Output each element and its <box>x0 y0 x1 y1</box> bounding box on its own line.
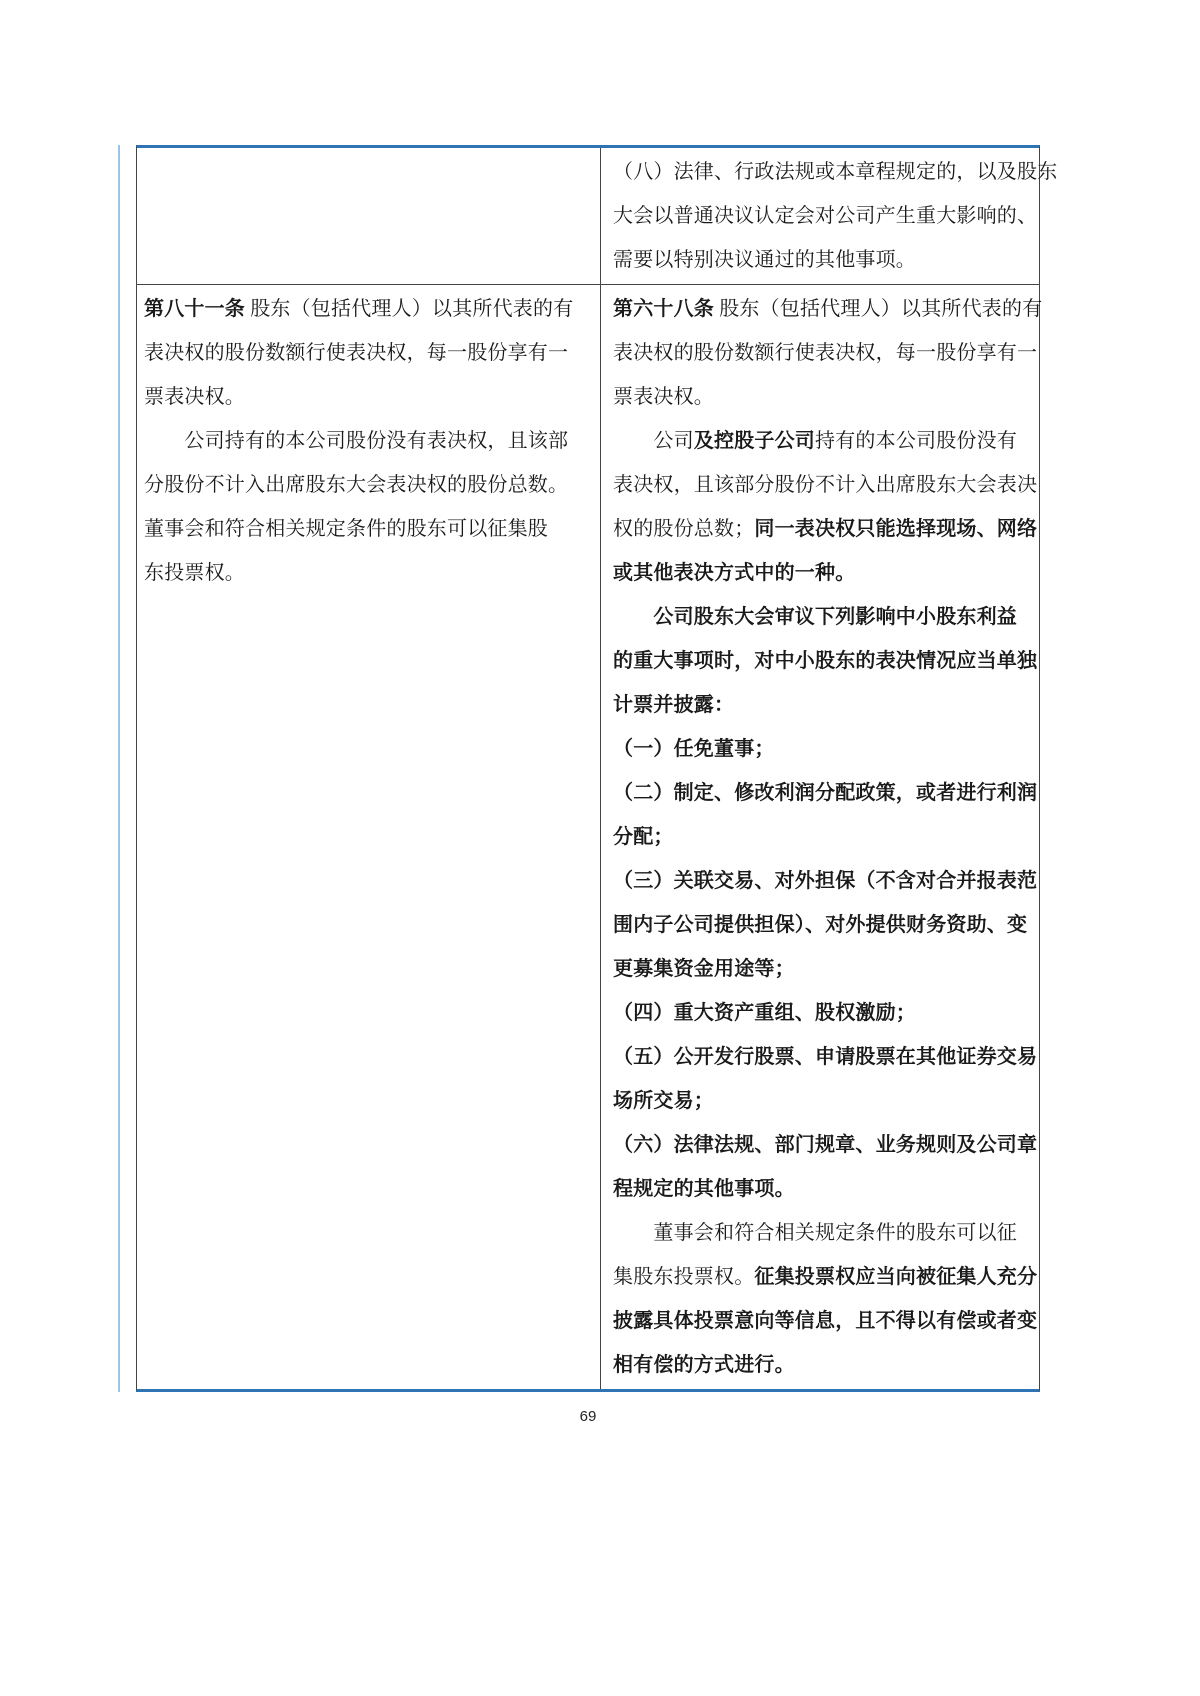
text-run: 需要以特别决议通过的其他事项。 <box>613 249 916 271</box>
text-line: 东投票权。 <box>144 551 572 595</box>
text-run: （六）法律法规、部门规章、业务规则及公司章 <box>613 1134 1037 1156</box>
text-line: （四）重大资产重组、股权激励； <box>613 991 1033 1035</box>
text-run: 权的股份总数； <box>613 518 754 540</box>
table-row: 第八十一条 股东（包括代理人）以其所代表的有表决权的股份数额行使表决权，每一股份… <box>137 284 1039 1389</box>
table-cell-old-article: 第八十一条 股东（包括代理人）以其所代表的有表决权的股份数额行使表决权，每一股份… <box>137 284 600 1389</box>
text-run: 公司 <box>613 430 694 452</box>
text-run: 同一表决权只能选择现场、网络 <box>754 518 1037 540</box>
table-cell-new-article: 第六十八条 股东（包括代理人）以其所代表的有表决权的股份数额行使表决权，每一股份… <box>600 284 1039 1389</box>
text-run: 第八十一条 <box>144 298 245 320</box>
text-line: （二）制定、修改利润分配政策，或者进行利润 <box>613 771 1033 815</box>
text-run: 场所交易； <box>613 1090 714 1112</box>
text-run: 票表决权。 <box>613 386 714 408</box>
text-run: 大会以普通决议认定会对公司产生重大影响的、 <box>613 205 1037 227</box>
text-run: 集股东投票权。 <box>613 1266 754 1288</box>
text-run: 计票并披露： <box>613 694 734 716</box>
text-line: （六）法律法规、部门规章、业务规则及公司章 <box>613 1123 1033 1167</box>
text-line: 的重大事项时，对中小股东的表决情况应当单独 <box>613 639 1033 683</box>
text-line: 表决权，且该部分股份不计入出席股东大会表决 <box>613 463 1033 507</box>
text-line: 场所交易； <box>613 1079 1033 1123</box>
text-run: 表决权的股份数额行使表决权，每一股份享有一 <box>144 342 568 364</box>
text-line: 公司持有的本公司股份没有表决权，且该部 <box>144 419 572 463</box>
text-line: 第八十一条 股东（包括代理人）以其所代表的有 <box>144 287 572 331</box>
text-run: 股东（包括代理人）以其所代表的有 <box>245 298 573 320</box>
text-run: （八）法律、行政法规或本章程规定的，以及股东 <box>613 161 1057 183</box>
text-run: 征集投票权应当向被征集人充分 <box>754 1266 1037 1288</box>
text-run: 表决权的股份数额行使表决权，每一股份享有一 <box>613 342 1037 364</box>
text-line: 或其他表决方式中的一种。 <box>613 551 1033 595</box>
text-line: （三）关联交易、对外担保（不含对合并报表范 <box>613 859 1033 903</box>
text-line: 披露具体投票意向等信息，且不得以有偿或者变 <box>613 1299 1033 1343</box>
text-run: 股东（包括代理人）以其所代表的有 <box>714 298 1042 320</box>
text-run: 公司持有的本公司股份没有表决权，且该部 <box>144 430 568 452</box>
text-line: 表决权的股份数额行使表决权，每一股份享有一 <box>613 331 1033 375</box>
comparison-table: （八）法律、行政法规或本章程规定的，以及股东大会以普通决议认定会对公司产生重大影… <box>136 145 1040 1392</box>
text-run: 分配； <box>613 826 674 848</box>
text-run: 东投票权。 <box>144 562 245 584</box>
text-line: 董事会和符合相关规定条件的股东可以征集股 <box>144 507 572 551</box>
text-run: 董事会和符合相关规定条件的股东可以征集股 <box>144 518 548 540</box>
text-line: 票表决权。 <box>613 375 1033 419</box>
text-run: 分股份不计入出席股东大会表决权的股份总数。 <box>144 474 568 496</box>
text-line: 计票并披露： <box>613 683 1033 727</box>
text-line: 分股份不计入出席股东大会表决权的股份总数。 <box>144 463 572 507</box>
text-run: 程规定的其他事项。 <box>613 1178 795 1200</box>
text-run: 的重大事项时，对中小股东的表决情况应当单独 <box>613 650 1037 672</box>
text-run: 或其他表决方式中的一种。 <box>613 562 855 584</box>
text-line: 分配； <box>613 815 1033 859</box>
text-line: 需要以特别决议通过的其他事项。 <box>613 238 1033 282</box>
text-line: 公司股东大会审议下列影响中小股东利益 <box>613 595 1033 639</box>
table-row: （八）法律、行政法规或本章程规定的，以及股东大会以普通决议认定会对公司产生重大影… <box>137 148 1039 284</box>
text-run: （二）制定、修改利润分配政策，或者进行利润 <box>613 782 1037 804</box>
text-run: 董事会和符合相关规定条件的股东可以征 <box>613 1222 1017 1244</box>
text-run: 及控股子公司 <box>694 430 815 452</box>
text-run: 票表决权。 <box>144 386 245 408</box>
text-line: （五）公开发行股票、申请股票在其他证券交易 <box>613 1035 1033 1079</box>
text-run: 表决权，且该部分股份不计入出席股东大会表决 <box>613 474 1037 496</box>
text-run: （三）关联交易、对外担保（不含对合并报表范 <box>613 870 1037 892</box>
text-run: 更募集资金用途等； <box>613 958 795 980</box>
text-line: 程规定的其他事项。 <box>613 1167 1033 1211</box>
text-line: 大会以普通决议认定会对公司产生重大影响的、 <box>613 194 1033 238</box>
text-line: 更募集资金用途等； <box>613 947 1033 991</box>
text-run: 公司股东大会审议下列影响中小股东利益 <box>613 606 1017 628</box>
table-cell-old-article <box>137 148 600 284</box>
text-run: 披露具体投票意向等信息，且不得以有偿或者变 <box>613 1310 1037 1332</box>
text-line: 第六十八条 股东（包括代理人）以其所代表的有 <box>613 287 1033 331</box>
revision-marker-bar <box>118 145 120 1392</box>
page-number: 69 <box>136 1408 1040 1425</box>
text-line: 董事会和符合相关规定条件的股东可以征 <box>613 1211 1033 1255</box>
text-run: 持有的本公司股份没有 <box>815 430 1017 452</box>
text-line: 相有偿的方式进行。 <box>613 1343 1033 1387</box>
text-line: 公司及控股子公司持有的本公司股份没有 <box>613 419 1033 463</box>
text-line: 集股东投票权。征集投票权应当向被征集人充分 <box>613 1255 1033 1299</box>
document-page: （八）法律、行政法规或本章程规定的，以及股东大会以普通决议认定会对公司产生重大影… <box>0 0 1200 1696</box>
text-run: （一）任免董事； <box>613 738 775 760</box>
text-run: 第六十八条 <box>613 298 714 320</box>
text-run: 围内子公司提供担保）、对外提供财务资助、变 <box>613 914 1027 936</box>
text-line: 表决权的股份数额行使表决权，每一股份享有一 <box>144 331 572 375</box>
text-run: （五）公开发行股票、申请股票在其他证券交易 <box>613 1046 1037 1068</box>
text-run: （四）重大资产重组、股权激励； <box>613 1002 916 1024</box>
text-line: 权的股份总数；同一表决权只能选择现场、网络 <box>613 507 1033 551</box>
text-line: （一）任免董事； <box>613 727 1033 771</box>
text-line: 围内子公司提供担保）、对外提供财务资助、变 <box>613 903 1033 947</box>
text-line: （八）法律、行政法规或本章程规定的，以及股东 <box>613 150 1033 194</box>
table-cell-new-article: （八）法律、行政法规或本章程规定的，以及股东大会以普通决议认定会对公司产生重大影… <box>600 148 1039 284</box>
text-run: 相有偿的方式进行。 <box>613 1354 795 1376</box>
text-line: 票表决权。 <box>144 375 572 419</box>
